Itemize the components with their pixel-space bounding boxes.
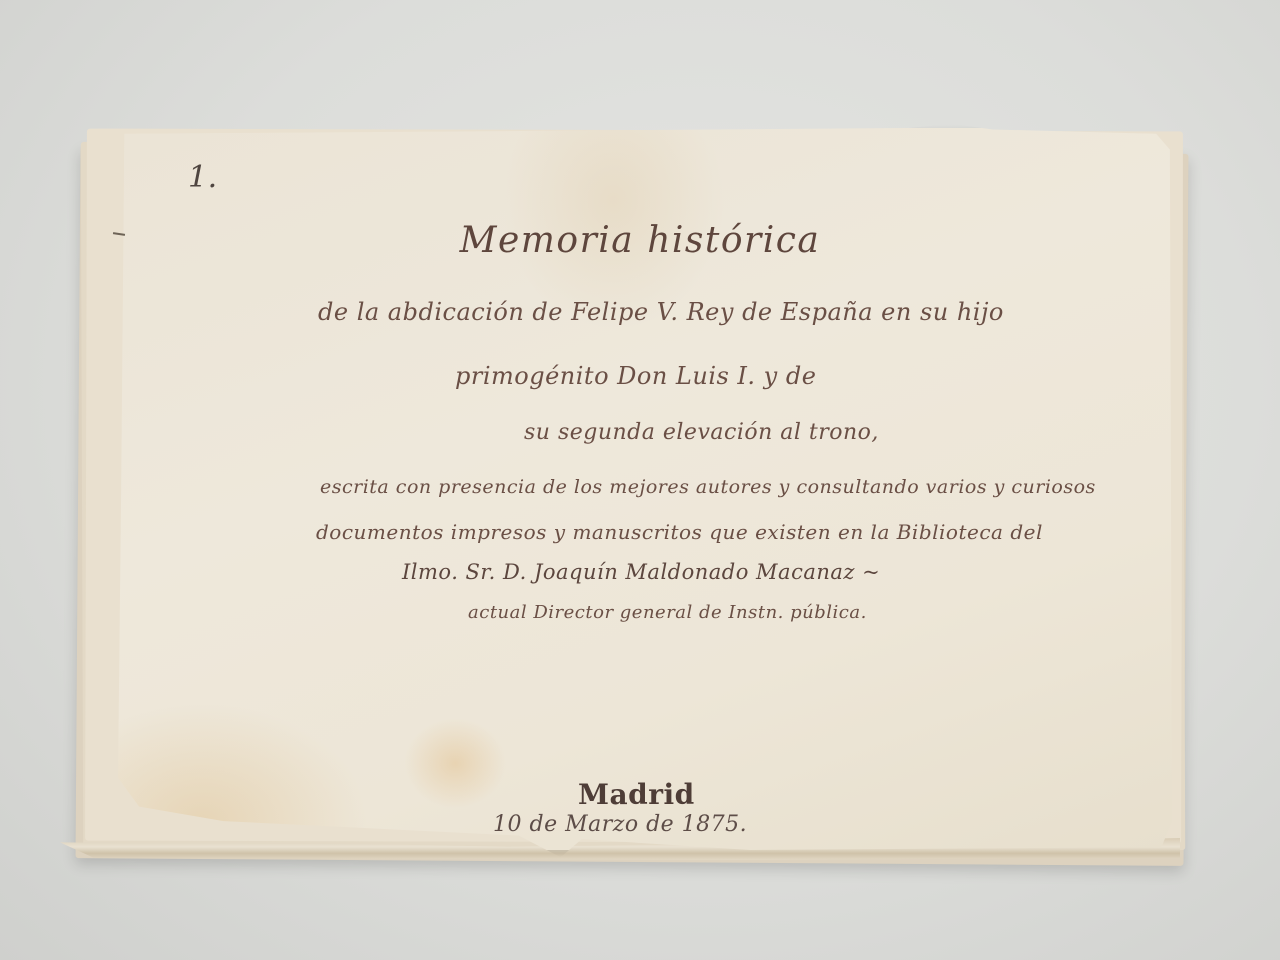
folio-number: 1. (188, 160, 218, 195)
text-line-4: escrita con presencia de los mejores aut… (320, 476, 1096, 498)
text-line-2: primogénito Don Luis I. y de (455, 362, 816, 390)
text-line-1: de la abdicación de Felipe V. Rey de Esp… (318, 298, 1004, 326)
place-of-writing: Madrid (578, 778, 695, 811)
author-title-line: actual Director general de Instn. públic… (468, 602, 867, 623)
text-line-3: su segunda elevación al trono, (524, 420, 879, 445)
author-name-line: Ilmo. Sr. D. Joaquín Maldonado Macanaz ~ (402, 560, 880, 584)
text-line-5: documentos impresos y manuscritos que ex… (316, 520, 1043, 544)
manuscript-title: Memoria histórica (0, 220, 1280, 261)
date-of-writing: 10 de Marzo de 1875. (493, 812, 747, 837)
